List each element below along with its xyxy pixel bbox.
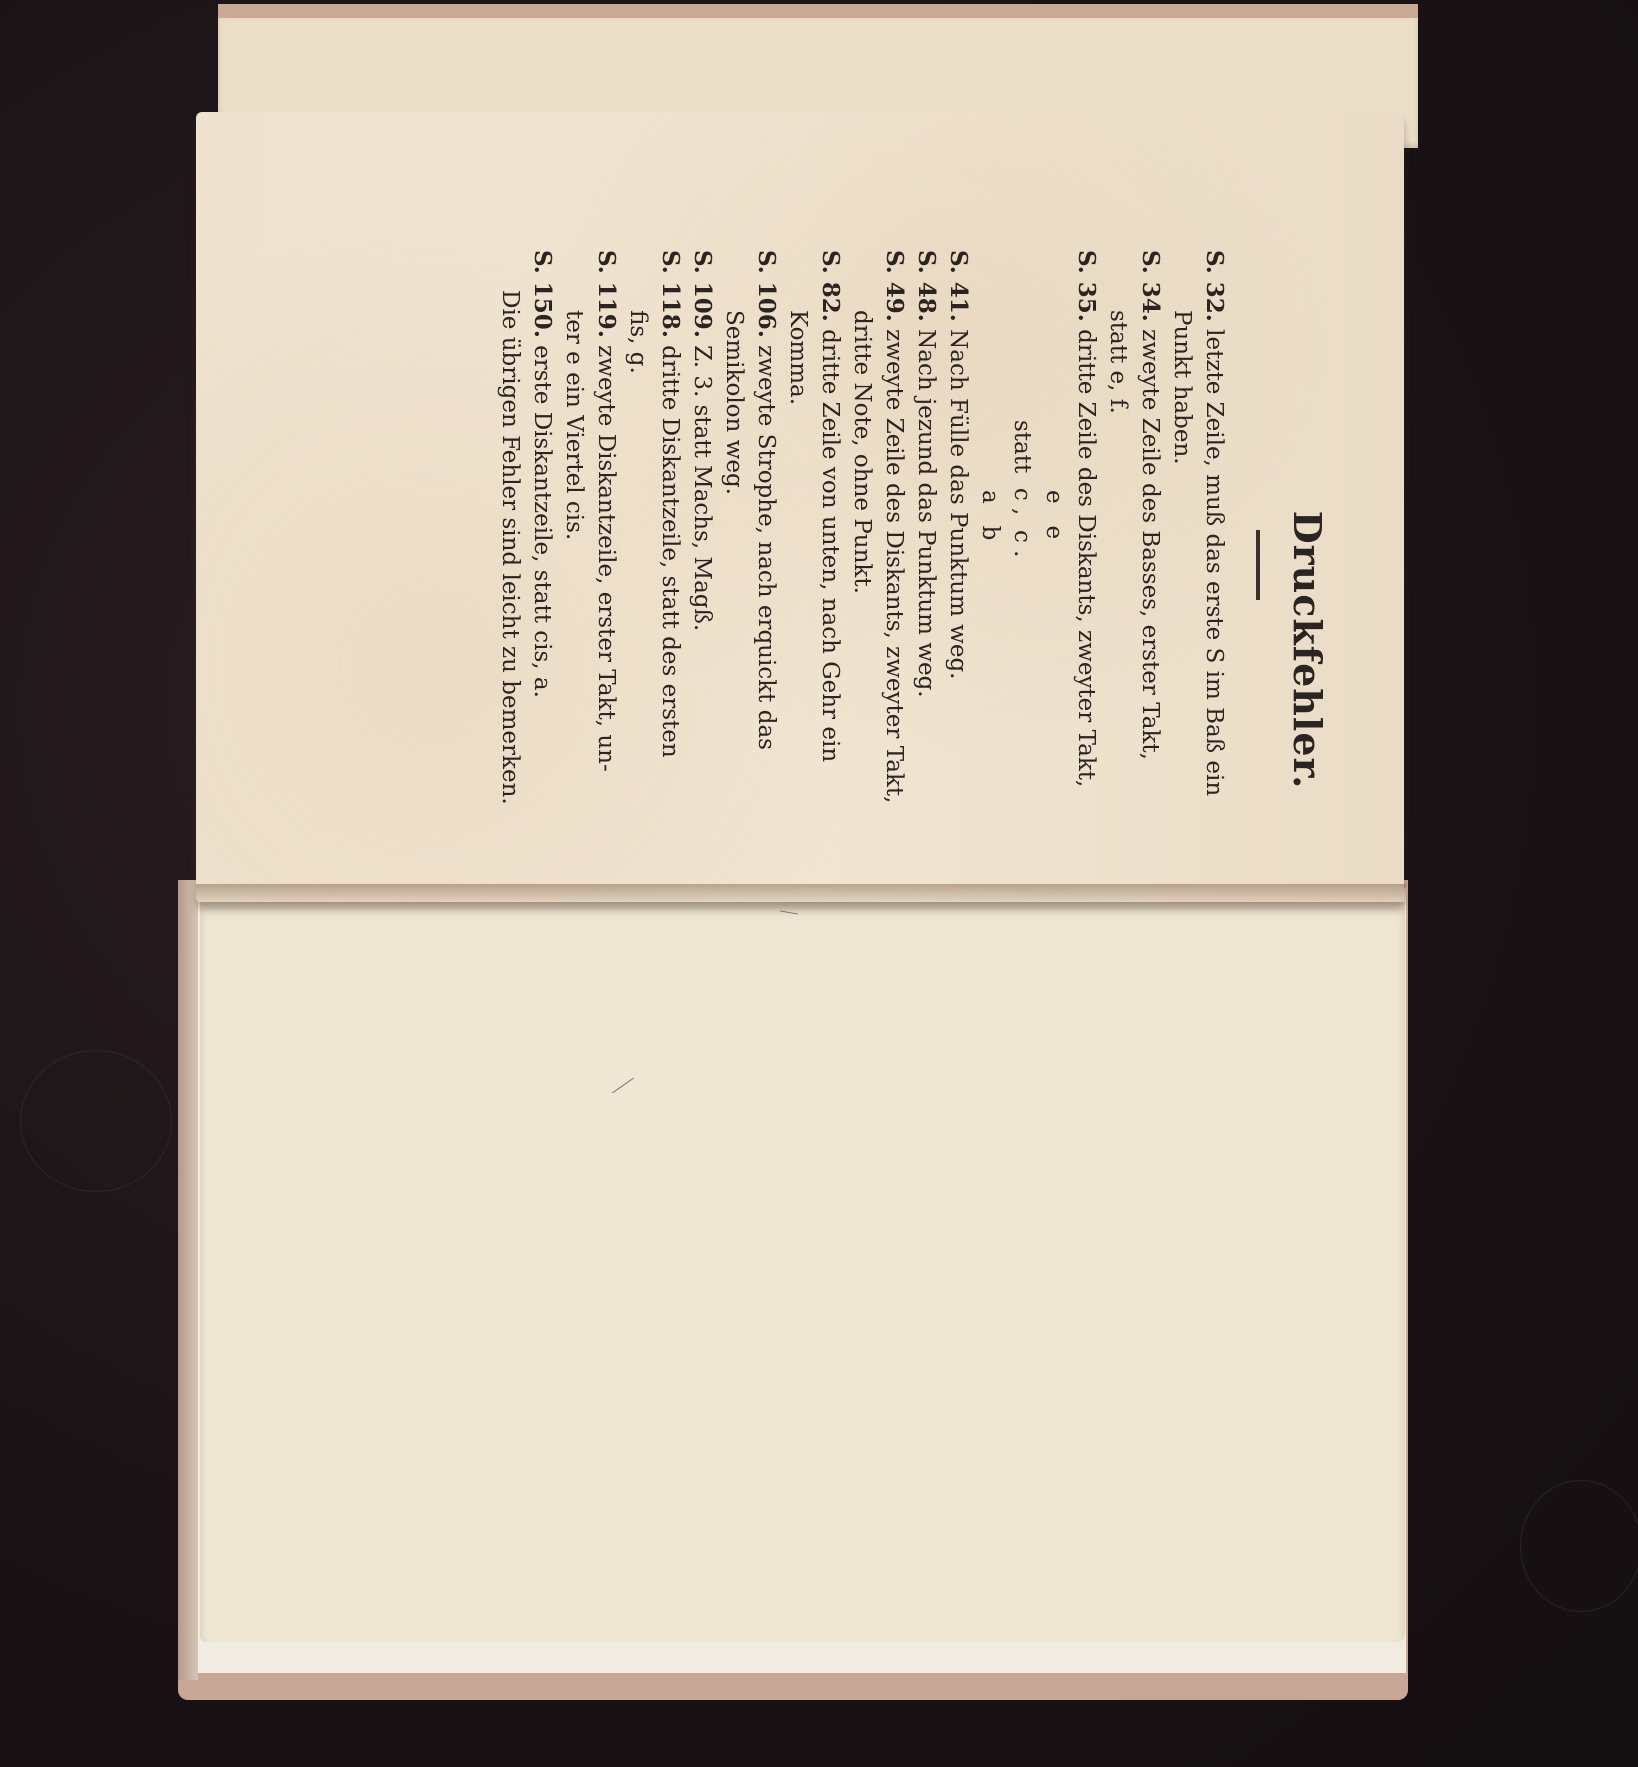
page-ref: S. 109. [689, 250, 716, 338]
entry-text: erste Diskantzeile, statt cis, a. [529, 345, 555, 698]
entry-text: zweyte Zeile des Basses, erster Takt, [1137, 329, 1163, 760]
list-item: S. 32. letzte Zeile, muß das erste S im … [1198, 250, 1230, 1010]
page-ref: S. 41. [945, 250, 972, 322]
entry-text: dritte Zeile des Diskants, zweyter Takt, [1073, 329, 1099, 787]
list-item: S. 109. Z. 3. statt Machs, Magß. [686, 250, 718, 1010]
note-line-upper: e e [1038, 420, 1070, 1010]
page-title: Druckfehler. [1285, 400, 1330, 900]
page-ref: S. 106. [753, 250, 780, 338]
list-item: S. 48. Nach jezund das Punktum weg. [910, 250, 942, 1010]
page-ref: S. 32. [1201, 250, 1228, 322]
page-ref: S. 48. [913, 250, 940, 322]
entry-text: dritte Diskantzeile, statt des ersten [657, 345, 683, 758]
note-line-lower: a b [974, 420, 1006, 1010]
page-ref: S. 49. [881, 250, 908, 322]
errata-list: S. 32. letzte Zeile, muß das erste S im … [494, 250, 1230, 1010]
list-item-continuation: fis, g. [622, 250, 654, 1010]
list-item: S. 41. Nach Fülle das Punktum weg. [942, 250, 974, 1010]
list-item-continuation: Punkt haben. [1166, 250, 1198, 1010]
entry-text: Nach jezund das Punktum weg. [913, 329, 939, 697]
blank-page [200, 902, 1405, 1642]
title-rule [1256, 530, 1260, 600]
list-item: S. 106. zweyte Strophe, nach erquickt da… [750, 250, 782, 1010]
page-ref: S. 118. [657, 250, 684, 338]
note-line-middle: statt c , c . [1006, 420, 1038, 1010]
list-item: S. 150. erste Diskantzeile, statt cis, a… [526, 250, 558, 1010]
book-spine [178, 880, 198, 1680]
stray-thread [1520, 1480, 1638, 1612]
entry-text: zweyte Diskantzeile, erster Takt, un- [593, 345, 619, 772]
entry-text: Nach Fülle das Punktum weg. [945, 329, 971, 679]
closing-remark: Die übrigen Fehler sind leicht zu bemerk… [494, 250, 526, 1010]
page-ref: S. 34. [1137, 250, 1164, 322]
list-item-continuation: Semikolon weg. [718, 250, 750, 1010]
entry-text: dritte Zeile von unten, nach Gehr ein [817, 329, 843, 762]
list-item: S. 119. zweyte Diskantzeile, erster Takt… [590, 250, 622, 1010]
page-ref: S. 82. [817, 250, 844, 322]
list-item: S. 35. dritte Zeile des Diskants, zweyte… [1070, 250, 1102, 1010]
entry-text: letzte Zeile, muß das erste S im Baß ein [1201, 329, 1227, 796]
page-ref: S. 119. [593, 250, 620, 338]
stray-thread [20, 1050, 172, 1192]
list-item-continuation: dritte Note, ohne Punkt. [846, 250, 878, 1010]
list-item-continuation: ter e ein Viertel cis. [558, 250, 590, 1010]
entry-text: Z. 3. statt Machs, Magß. [689, 345, 715, 631]
list-item: S. 118. dritte Diskantzeile, statt des e… [654, 250, 686, 1010]
list-item: S. 34. zweyte Zeile des Basses, erster T… [1134, 250, 1166, 1010]
page-ref: S. 150. [529, 250, 556, 338]
entry-text: zweyte Zeile des Diskants, zweyter Takt, [881, 329, 907, 803]
page-ref: S. 35. [1073, 250, 1100, 322]
list-item-continuation: Komma. [782, 250, 814, 1010]
list-item: S. 82. dritte Zeile von unten, nach Gehr… [814, 250, 846, 1010]
list-item-continuation: statt e, f. [1102, 250, 1134, 1010]
errata-text-block: Druckfehler. S. 32. letzte Zeile, muß da… [430, 250, 1330, 870]
musical-notes-correction: e e statt c , c . a b [974, 250, 1070, 1010]
list-item: S. 49. zweyte Zeile des Diskants, zweyte… [878, 250, 910, 1010]
entry-text: zweyte Strophe, nach erquickt das [753, 345, 779, 750]
